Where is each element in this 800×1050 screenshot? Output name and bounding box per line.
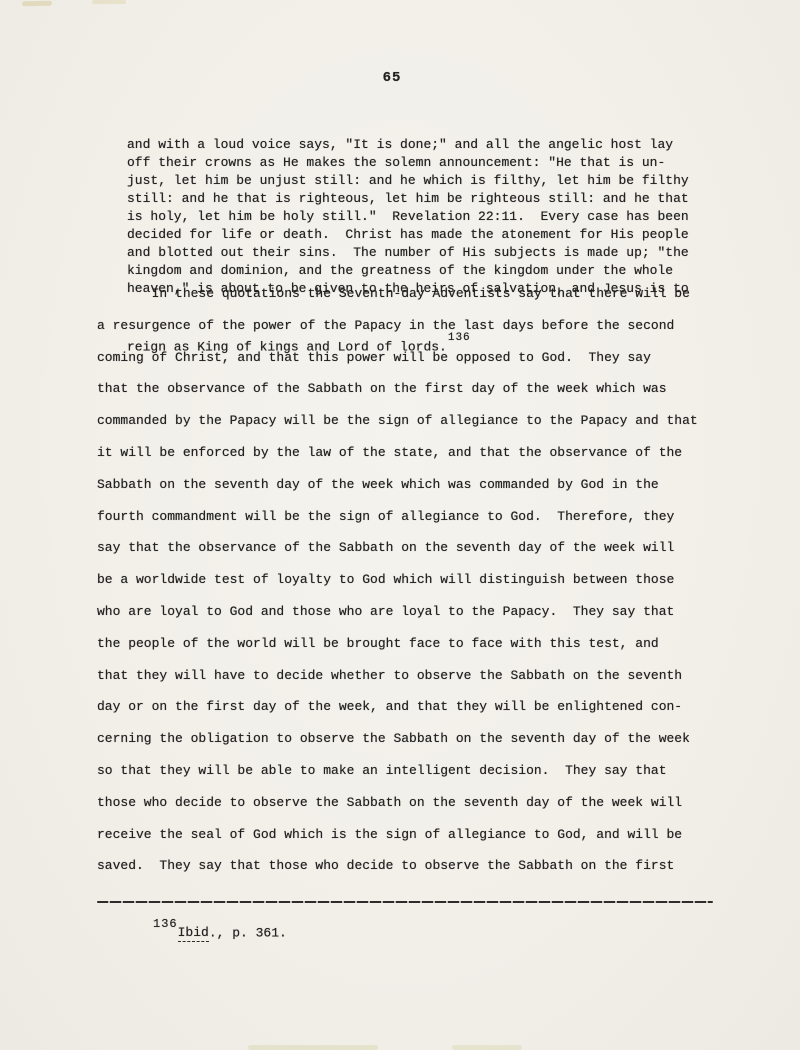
page-number: 65: [0, 70, 784, 86]
footnote-separator-rule: [97, 901, 713, 903]
footnote-page-reference: ., p. 361.: [209, 925, 287, 940]
footnote: 136Ibid., p. 361.: [153, 919, 287, 942]
body-paragraph: In these quotations the Seventh-day Adve…: [97, 278, 698, 882]
scan-smudge-top-left-1: [22, 1, 52, 7]
scanned-document-page: 65 and with a loud voice says, "It is do…: [0, 0, 800, 1050]
scan-smudge-bottom-2: [452, 1045, 522, 1050]
footnote-number: 136: [153, 917, 178, 931]
footnote-cited-work: Ibid: [178, 925, 209, 942]
block-quote-lines: and with a loud voice says, "It is done;…: [127, 136, 689, 298]
scan-smudge-bottom-1: [248, 1045, 378, 1050]
scan-smudge-top-left-2: [92, 0, 126, 4]
